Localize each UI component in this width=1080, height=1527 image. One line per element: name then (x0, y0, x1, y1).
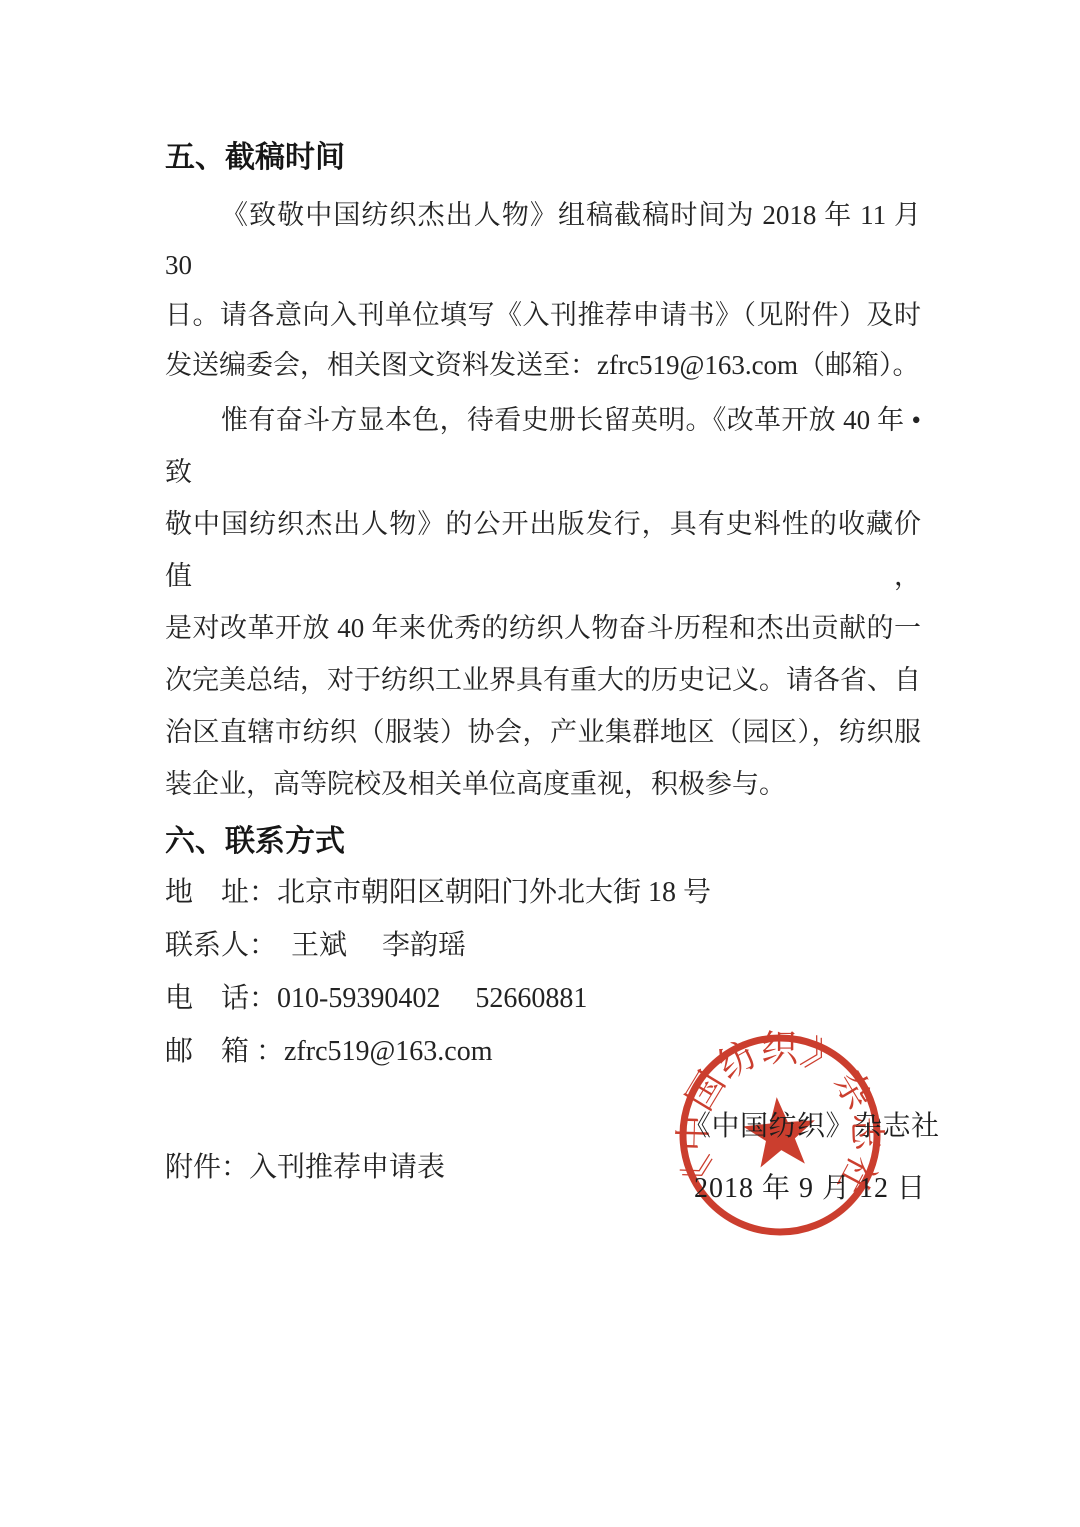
address-row: 地 址：北京市朝阳区朝阳门外北大街 18 号 (165, 866, 921, 919)
text-line: 次完美总结，对于纺织工业界具有重大的历史记义。请各省、自 (165, 654, 921, 706)
publication-paragraph: 惟有奋斗方显本色，待看史册长留英明。《改革开放 40 年 •致 敬中国纺织杰出人… (165, 394, 921, 810)
text-line: 敬中国纺织杰出人物》的公开出版发行，具有史料性的收藏价值， (165, 498, 921, 602)
deadline-paragraph: 《致敬中国纺织杰出人物》组稿截稿时间为 2018 年 11 月 30 日。请各意… (165, 190, 921, 390)
text-line: 日。请各意向入刊单位填写《入刊推荐申请书》（见附件）及时 (165, 290, 921, 340)
text-line: 装企业，高等院校及相关单位高度重视，积极参与。 (165, 758, 921, 810)
phone-row: 电 话：010-59390402 52660881 (165, 972, 921, 1025)
section-6-heading: 六、联系方式 (165, 824, 921, 860)
text-line: 发送编委会，相关图文资料发送至：zfrc519@163.com（邮箱）。 (165, 340, 921, 390)
signature-organization: 《中国纺织》杂志社 (683, 1110, 940, 1144)
signature-date: 2018 年 9 月 12 日 (694, 1172, 926, 1206)
section-5-heading: 五、截稿时间 (165, 140, 921, 176)
document-page: 五、截稿时间 《致敬中国纺织杰出人物》组稿截稿时间为 2018 年 11 月 3… (0, 0, 1080, 1527)
text-line: 惟有奋斗方显本色，待看史册长留英明。《改革开放 40 年 •致 (165, 394, 921, 498)
text-line: 是对改革开放 40 年来优秀的纺织人物奋斗历程和杰出贡献的一 (165, 602, 921, 654)
text-line: 治区直辖市纺织（服装）协会，产业集群地区（园区），纺织服 (165, 706, 921, 758)
text-line: 《致敬中国纺织杰出人物》组稿截稿时间为 2018 年 11 月 30 (165, 190, 921, 290)
contact-person-row: 联系人： 王斌 李韵瑶 (165, 919, 921, 972)
